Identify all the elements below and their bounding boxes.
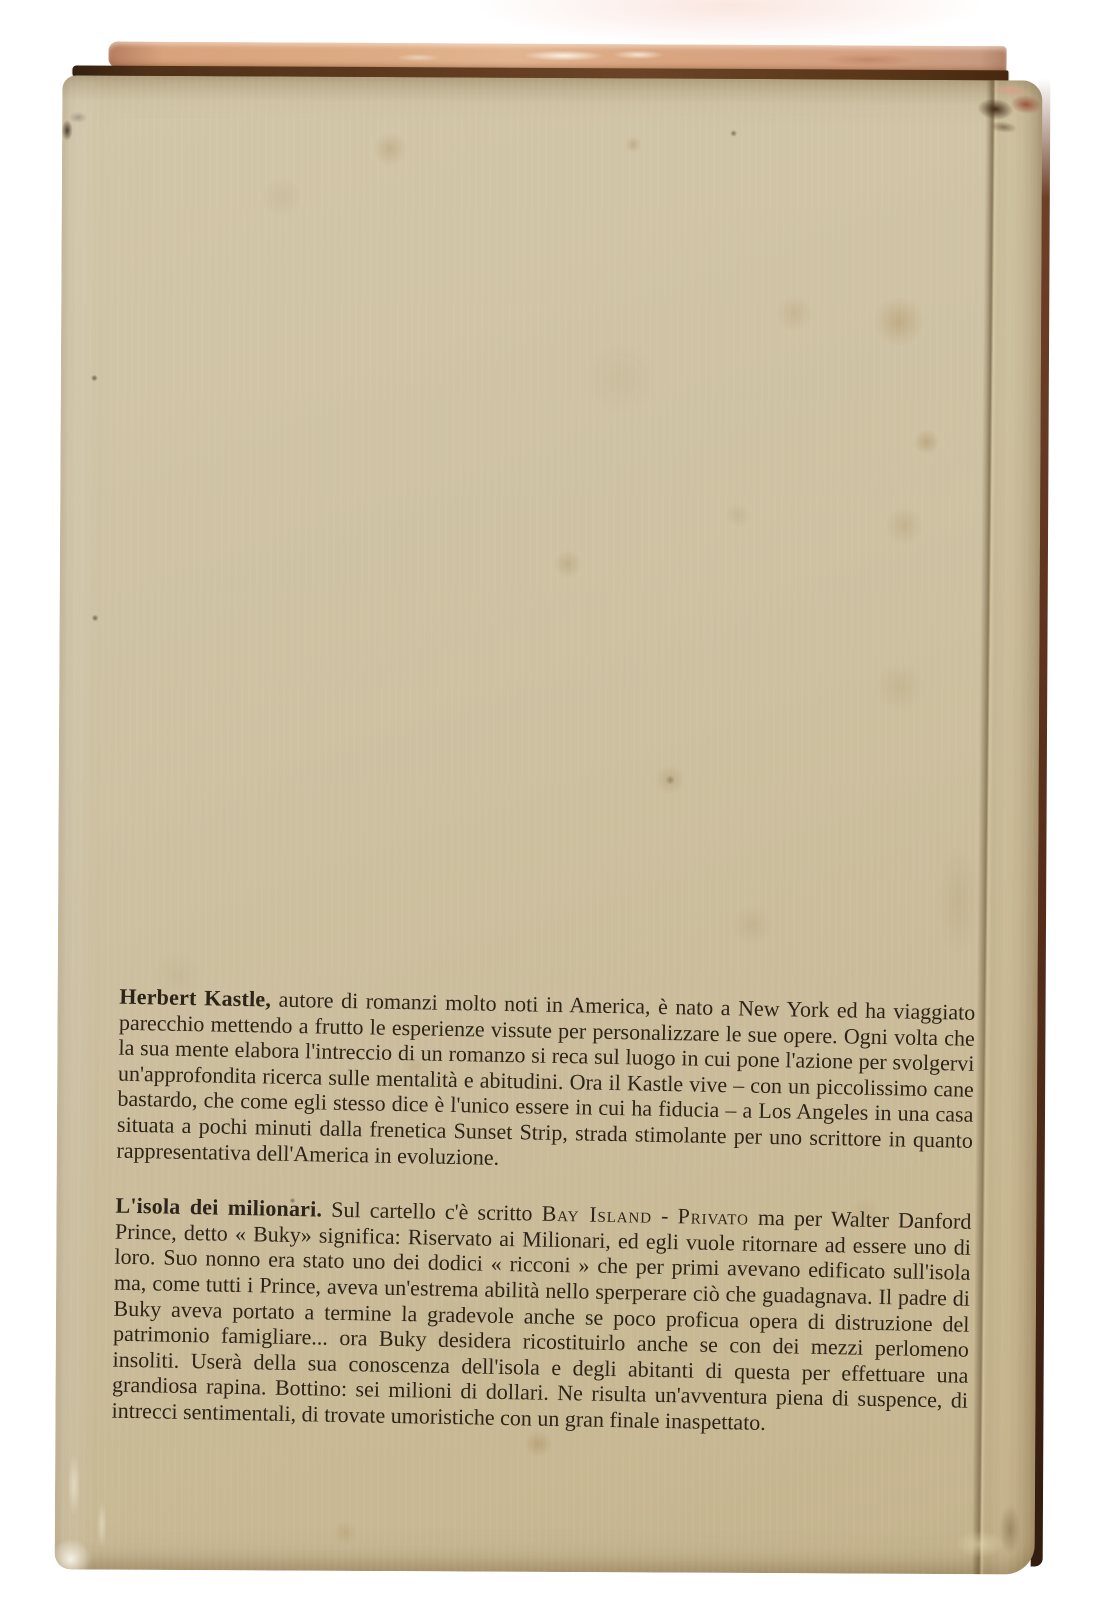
author-paragraph-body: autore di romanzi molto noti in America,…	[116, 987, 975, 1170]
synopsis-paragraph: L'isola dei milionari. Sul cartello c'è …	[111, 1193, 971, 1439]
dust-jacket-back-panel: Herbert Kastle, autore di romanzi molto …	[55, 75, 1043, 1574]
synopsis-paragraph-body: ma per Walter Danford Prince, detto « Bu…	[111, 1205, 971, 1435]
photo-background: Herbert Kastle, autore di romanzi molto …	[0, 0, 1101, 1600]
author-paragraph: Herbert Kastle, autore di romanzi molto …	[116, 984, 975, 1179]
book-back-cover: Herbert Kastle, autore di romanzi molto …	[55, 39, 1049, 1576]
synopsis-pre-sign-text: Sul cartello c'è scritto	[322, 1197, 542, 1226]
sign-text-dash: -	[652, 1203, 678, 1228]
author-paragraph-lead: Herbert Kastle,	[119, 984, 271, 1012]
blurb-text-block: Herbert Kastle, autore di romanzi molto …	[111, 984, 975, 1440]
corner-wear-top-left	[59, 109, 115, 173]
sign-text-bay-island: Bay Island	[541, 1201, 652, 1228]
sign-text-privato: Privato	[677, 1203, 749, 1229]
synopsis-paragraph-lead: L'isola dei milionari.	[115, 1193, 322, 1222]
